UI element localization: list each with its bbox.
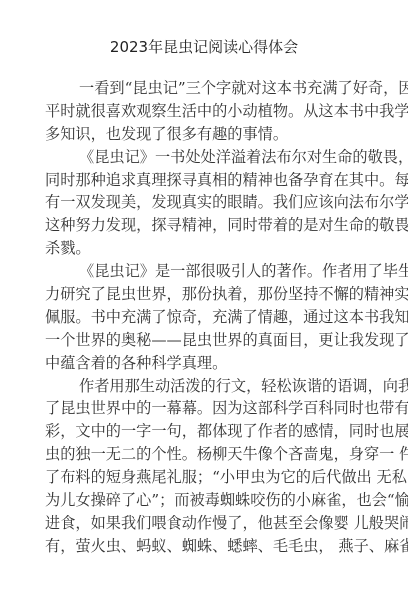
- paragraph-4-line-6: 为儿女操碎了心”；而被毒蜘蛛咬伤的小麻雀，也会“愉快地: [45, 489, 365, 512]
- document-body: 一看到“昆虫记”三个字就对这本书充满了好奇，因为 我 平时就很喜欢观察生活中的小…: [45, 77, 365, 558]
- paragraph-3-line-5: 中蕴含着的各种科学真理。: [45, 352, 365, 375]
- paragraph-3-line-4: 一个世界的奥秘——昆虫世界的真面目，更让我发现了 大自然: [45, 329, 365, 352]
- paragraph-4-line-3: 彩，文中的一字一句，都体现了作者的感情，同时也展 现了昆: [45, 420, 365, 443]
- paragraph-2-line-3: 有一双发现美，发现真实的眼睛。我们应该向法布尔学习 他的: [45, 191, 365, 214]
- paragraph-1-line-3: 多知识，也发现了很多有趣的事情。: [45, 123, 365, 146]
- paragraph-4-line-5: 了布料的短身燕尾礼服；“小甲虫为它的后代做出 无私的奉献，: [45, 466, 365, 489]
- paragraph-4-line-7: 进食，如果我们喂食动作慢了，他甚至会像婴 儿般哭闹”。还: [45, 512, 365, 535]
- paragraph-1-line-2: 平时就很喜欢观察生活中的小动植物。从这本书中我学到 了很: [45, 100, 365, 123]
- paragraph-4-line-2: 了昆虫世界中的一幕幕。因为这部科学百科同时也带有文 学色: [45, 397, 365, 420]
- paragraph-4-line-1: 作者用那生动活泼的行文，轻松诙谐的语调，向我们描 述: [45, 375, 365, 398]
- paragraph-3-line-2: 力研究了昆虫世界，那份执着，那份坚持不懈的精神实在让 我: [45, 283, 365, 306]
- paragraph-2-line-5: 杀戮。: [45, 237, 365, 260]
- paragraph-1-line-1: 一看到“昆虫记”三个字就对这本书充满了好奇，因为 我: [45, 77, 365, 100]
- document-page: 2023年昆虫记阅读心得体会 一看到“昆虫记”三个字就对这本书充满了好奇，因为 …: [0, 0, 408, 600]
- paragraph-2-line-2: 同时那种追求真理探寻真相的精神也备孕育在其中。每个人 都: [45, 169, 365, 192]
- paragraph-2-line-1: 《昆虫记》一书处处洋溢着法布尔对生命的敬畏，与此: [45, 146, 365, 169]
- paragraph-3-line-3: 佩服。书中充满了惊奇，充满了情趣，通过这本书我知道 了另: [45, 306, 365, 329]
- paragraph-3-line-1: 《昆虫记》是一部很吸引人的著作。作者用了毕生的精: [45, 260, 365, 283]
- document-title: 2023年昆虫记阅读心得体会: [0, 37, 408, 57]
- paragraph-2-line-4: 这种努力发现，探寻精神，同时带着的是对生命的敬畏 而不是: [45, 214, 365, 237]
- paragraph-4-line-4: 虫的独一无二的个性。杨柳天牛像个吝啬鬼，身穿一 件似乎缺: [45, 443, 365, 466]
- paragraph-4-line-8: 有，萤火虫、蚂蚁、蜘蛛、蟋蟀、毛毛虫， 燕子、麻雀……林: [45, 535, 365, 558]
